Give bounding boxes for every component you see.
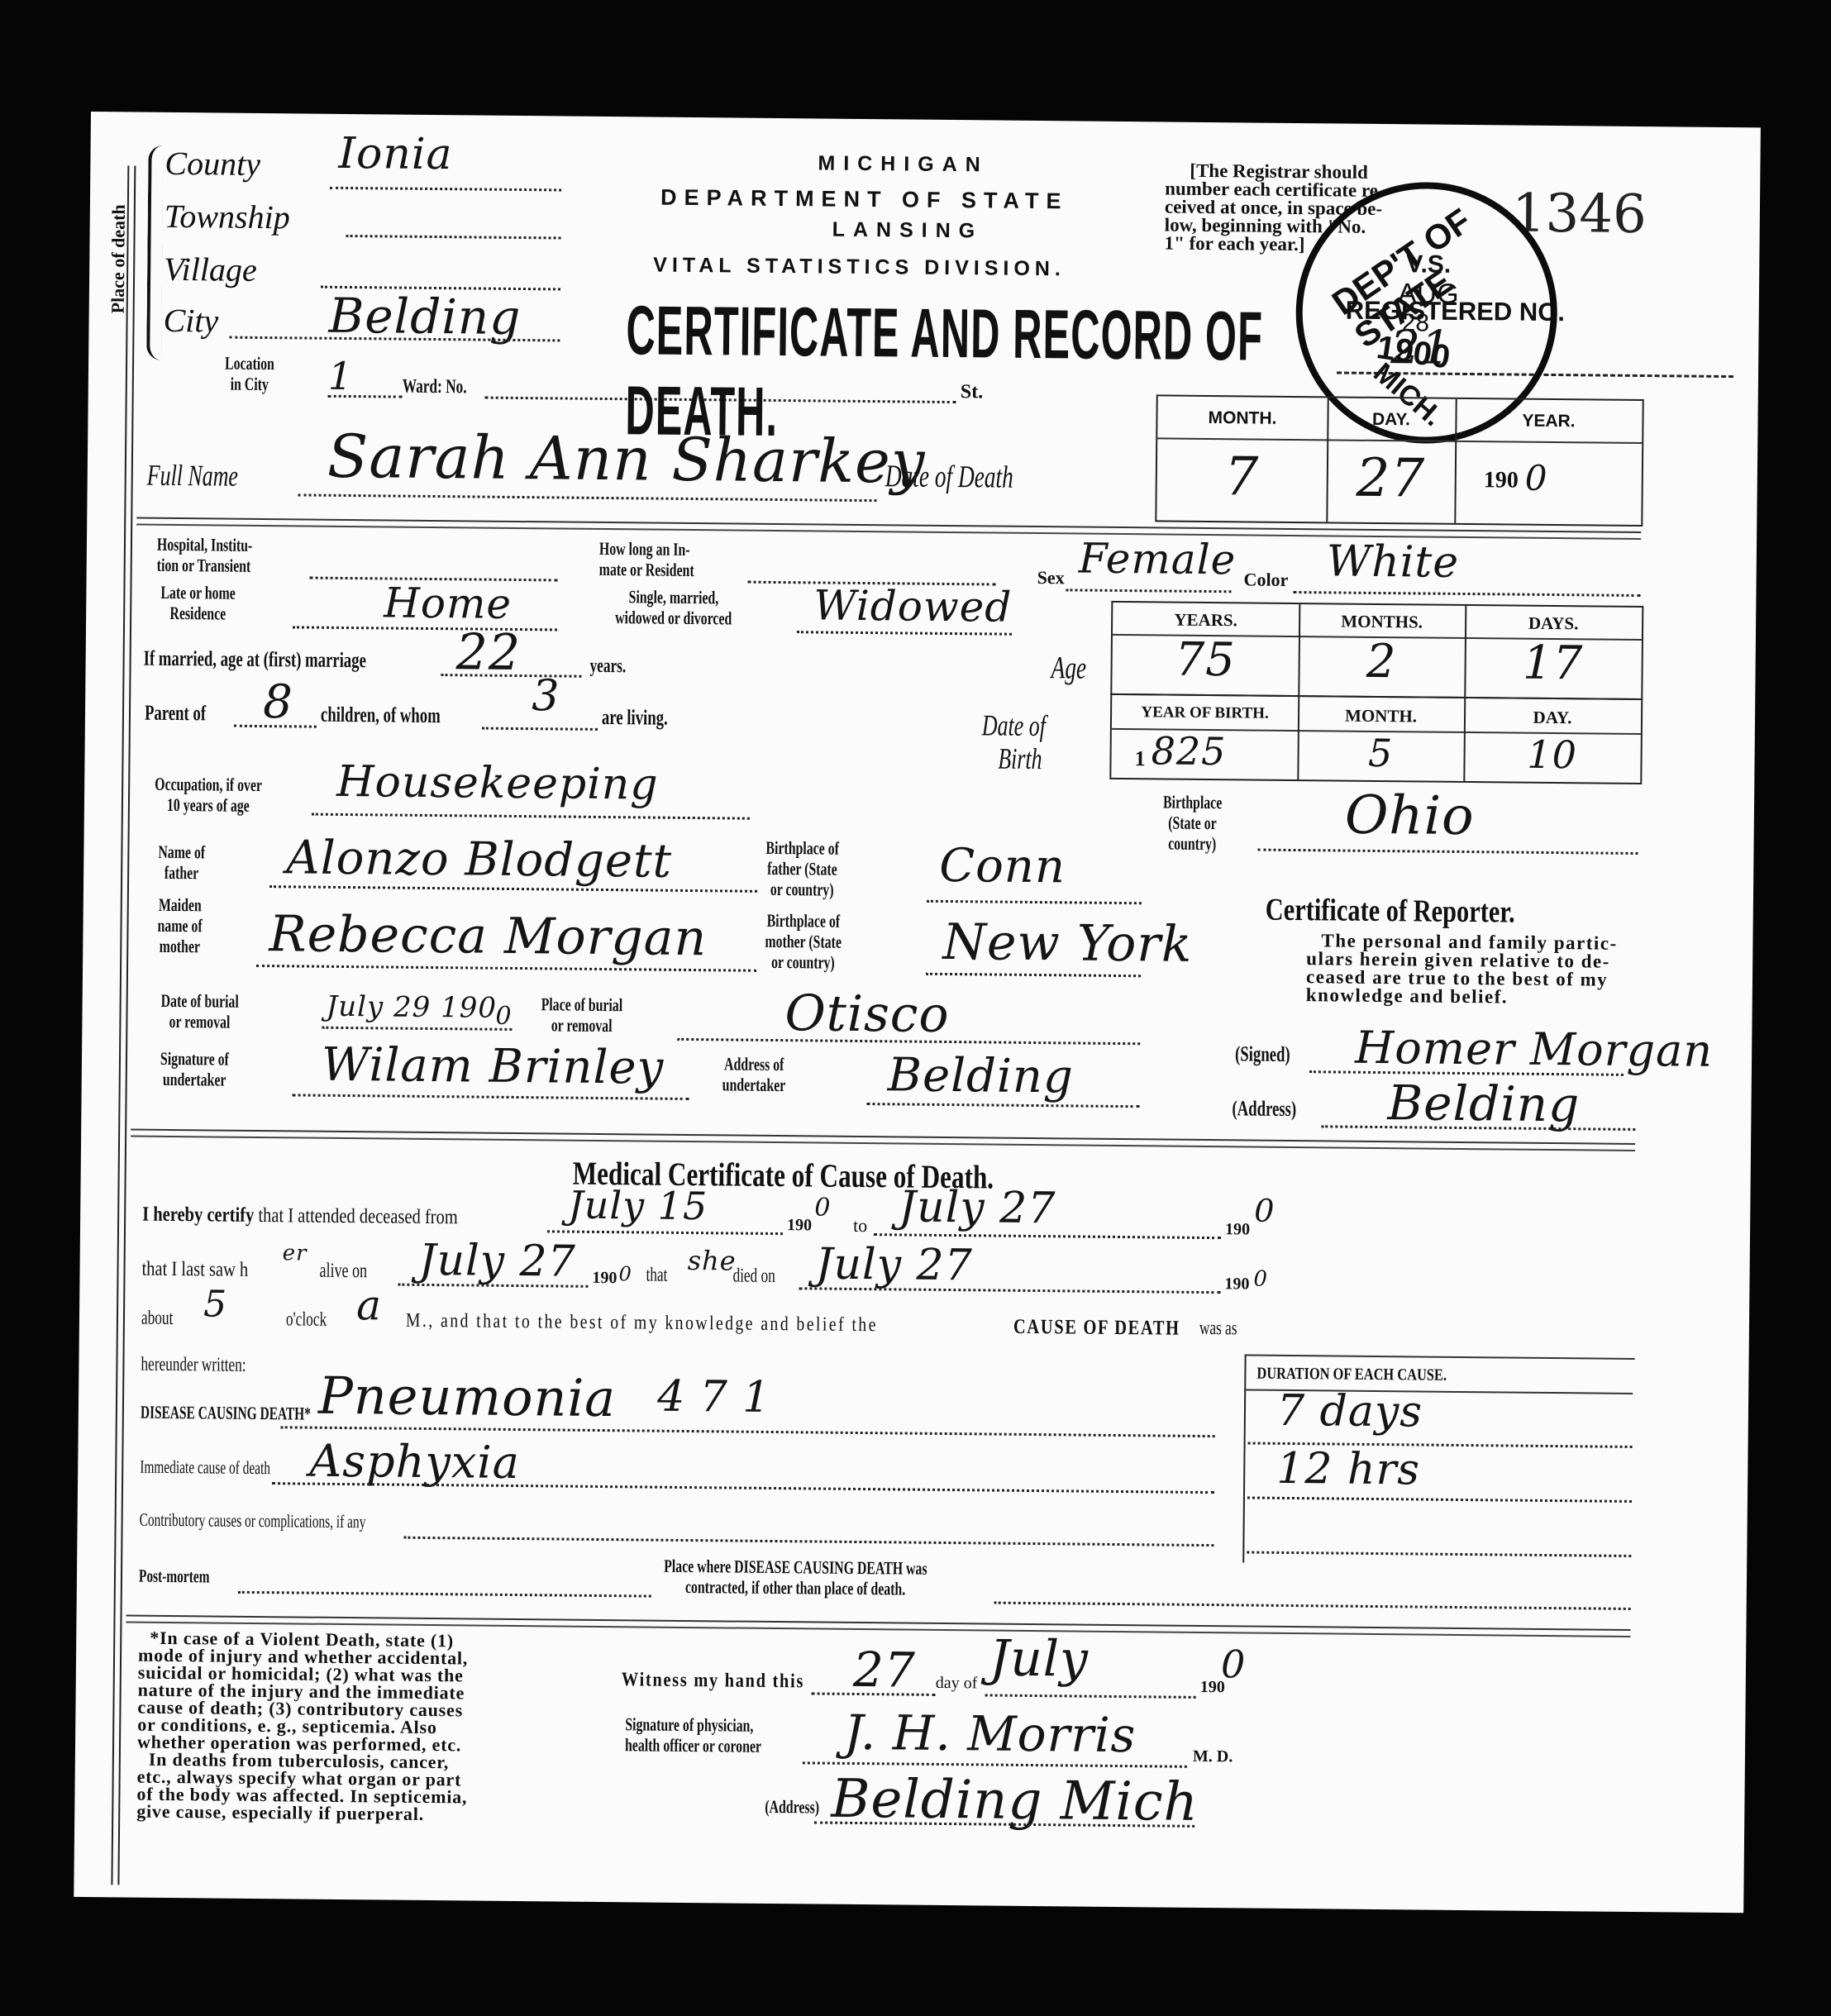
- marital-status-label: Single, married, widowed or divorced: [615, 586, 777, 629]
- hospital-label: Hospital, Institu- tion or Transient: [157, 534, 290, 577]
- contributory-causes-label: Contributory causes or complications, if…: [140, 1509, 463, 1534]
- place-of-death-label: Place of death: [107, 197, 130, 321]
- age-table: YEARS. MONTHS. DAYS. 75 2 17: [1110, 601, 1643, 700]
- header-city: LANSING: [832, 218, 984, 244]
- death-am-pm[interactable]: a: [356, 1281, 382, 1329]
- place-contracted-label: Place where DISEASE CAUSING DEATH was co…: [664, 1556, 1030, 1600]
- children-label: children, of whom: [321, 703, 487, 729]
- reporter-address-value[interactable]: Belding: [1387, 1075, 1580, 1132]
- location-in-city-label: Location in City: [225, 353, 294, 395]
- reporter-signed-label: (Signed): [1235, 1041, 1312, 1067]
- undertaker-signature-value[interactable]: Wilam Brinley: [322, 1038, 665, 1095]
- father-birthplace-value[interactable]: Conn: [939, 839, 1066, 894]
- reporter-signature[interactable]: Homer Morgan: [1355, 1022, 1713, 1077]
- marriage-years-label: years.: [589, 655, 640, 679]
- death-hour[interactable]: 5: [203, 1283, 227, 1325]
- death-month[interactable]: 7: [1156, 446, 1327, 508]
- place-of-death-brace: [146, 145, 163, 360]
- mother-name-label: Maiden name of mother: [157, 894, 220, 957]
- witness-year[interactable]: 0: [1221, 1642, 1247, 1686]
- witness-day[interactable]: 27: [853, 1642, 916, 1699]
- header-state: MICHIGAN: [818, 151, 989, 177]
- disease-causing-death-value[interactable]: Pneumonia: [318, 1365, 617, 1428]
- witness-label: Witness my hand this: [622, 1669, 837, 1693]
- age-label: Age: [1051, 650, 1099, 687]
- duration-header: DURATION OF EACH CAUSE.: [1256, 1365, 1488, 1386]
- undertaker-address-label: Address of undertaker: [722, 1053, 811, 1095]
- burial-date-value[interactable]: July 29 190: [326, 990, 497, 1025]
- age-years[interactable]: 75: [1112, 632, 1299, 688]
- date-of-birth-table: YEAR OF BIRTH. MONTH. DAY. 1 825 5 10: [1109, 693, 1643, 784]
- immediate-cause-label: Immediate cause of death: [140, 1456, 327, 1480]
- header-department: DEPARTMENT OF STATE: [660, 185, 1069, 215]
- full-name-label: Full Name: [147, 458, 274, 493]
- physician-signature[interactable]: J. H. Morris: [844, 1704, 1137, 1763]
- violent-death-footnote: *In case of a Violent Death, state (1) m…: [136, 1629, 584, 1824]
- birth-month[interactable]: 5: [1297, 730, 1464, 776]
- last-saw-pronoun[interactable]: er: [283, 1241, 308, 1265]
- city-label: City: [163, 301, 218, 341]
- township-label: Township: [165, 197, 290, 236]
- last-saw-date[interactable]: July 27: [418, 1236, 576, 1287]
- color-label: Color: [1244, 569, 1289, 591]
- age-months[interactable]: 2: [1298, 634, 1465, 689]
- burial-place-value[interactable]: Otisco: [784, 984, 950, 1044]
- death-day[interactable]: 27: [1326, 447, 1455, 509]
- residence-value[interactable]: Home: [384, 579, 512, 627]
- living-count[interactable]: 3: [532, 671, 560, 721]
- birth-year[interactable]: 825: [1151, 728, 1226, 774]
- pronoun-she[interactable]: she: [688, 1245, 737, 1277]
- full-name-value[interactable]: Sarah Ann Sharkey: [327, 422, 926, 497]
- death-year[interactable]: 0: [1525, 458, 1548, 498]
- disease-annotation: 4 7 1: [657, 1372, 771, 1423]
- father-birthplace-label: Birthplace of father (State or country): [765, 837, 868, 900]
- birth-day[interactable]: 10: [1463, 732, 1641, 778]
- reporter-certificate-title: Certificate of Reporter.: [1266, 892, 1578, 932]
- birthplace-label: Birthplace (State or country): [1162, 791, 1245, 854]
- attended-to-date[interactable]: July 27: [899, 1182, 1056, 1233]
- disease-duration[interactable]: 7 days: [1277, 1386, 1423, 1437]
- cause-of-death-heading: CAUSE OF DEATH: [1013, 1316, 1217, 1341]
- immediate-cause-duration[interactable]: 12 hrs: [1276, 1444, 1420, 1495]
- immediate-cause-value[interactable]: Asphyxia: [309, 1435, 520, 1489]
- date-of-death-label: Date of Death: [885, 458, 1064, 496]
- county-label: County: [165, 144, 260, 183]
- death-certificate-paper: Place of death County Ionia Township Vil…: [74, 112, 1761, 1913]
- section-divider: [131, 1129, 1635, 1151]
- died-on-year[interactable]: 0: [1253, 1267, 1268, 1292]
- father-name-label: Name of father: [158, 841, 223, 884]
- occupation-value[interactable]: Housekeeping: [336, 757, 659, 810]
- color-value[interactable]: White: [1327, 536, 1460, 588]
- mother-birthplace-value[interactable]: New York: [942, 913, 1193, 974]
- children-count[interactable]: 8: [263, 675, 293, 729]
- father-name-value[interactable]: Alonzo Blodgett: [286, 831, 672, 888]
- date-of-death-table: MONTH. DAY. YEAR. 7 27 190 0: [1155, 394, 1643, 527]
- post-mortem-label: Post-mortem: [139, 1566, 240, 1588]
- mother-birthplace-label: Birthplace of mother (State or country): [765, 910, 871, 973]
- marital-status-value[interactable]: Widowed: [813, 581, 1013, 631]
- burial-date-label: Date of burial or removal: [160, 990, 269, 1032]
- burial-date-year[interactable]: 0: [495, 1002, 512, 1031]
- location-value[interactable]: 1: [328, 354, 354, 398]
- witness-month[interactable]: July: [989, 1630, 1089, 1689]
- occupation-label: Occupation, if over 10 years of age: [155, 774, 304, 817]
- attended-from-date[interactable]: July 15: [568, 1183, 708, 1229]
- mother-name-value[interactable]: Rebecca Morgan: [269, 905, 707, 967]
- header-division: VITAL STATISTICS DIVISION.: [653, 254, 1066, 282]
- reporter-statement: The personal and family partic- ulars he…: [1306, 932, 1618, 1008]
- inmate-label: How long an In- mate or Resident: [599, 538, 732, 581]
- last-saw-year[interactable]: 0: [618, 1262, 632, 1285]
- physician-address-label: (Address): [765, 1796, 841, 1818]
- village-label: Village: [164, 250, 257, 289]
- attended-to-year[interactable]: 0: [1254, 1193, 1276, 1229]
- birthplace-value[interactable]: Ohio: [1345, 785, 1475, 848]
- physician-signature-label: Signature of physician, health officer o…: [625, 1713, 815, 1756]
- sex-value[interactable]: Female: [1079, 534, 1237, 584]
- undertaker-signature-label: Signature of undertaker: [160, 1048, 256, 1090]
- marriage-age-label: If married, age at (first) marriage: [144, 646, 453, 674]
- died-on-date[interactable]: July 27: [815, 1239, 973, 1290]
- age-days[interactable]: 17: [1464, 636, 1642, 691]
- county-value[interactable]: Ionia: [338, 129, 453, 179]
- living-label: are living.: [602, 705, 694, 731]
- sex-label: Sex: [1037, 567, 1065, 589]
- burial-place-label: Place of burial or removal: [541, 994, 654, 1036]
- parent-of-label: Parent of: [145, 701, 230, 727]
- undertaker-address-value[interactable]: Belding: [888, 1048, 1074, 1103]
- attended-line: I hereby certify that I attended decease…: [142, 1203, 527, 1230]
- ward-label: Ward: No.: [403, 376, 492, 399]
- residence-label: Late or home Residence: [160, 582, 265, 624]
- reporter-address-label: (Address): [1232, 1096, 1321, 1122]
- attended-from-year[interactable]: 0: [814, 1193, 831, 1222]
- date-of-birth-label: Date of Birth: [981, 708, 1070, 775]
